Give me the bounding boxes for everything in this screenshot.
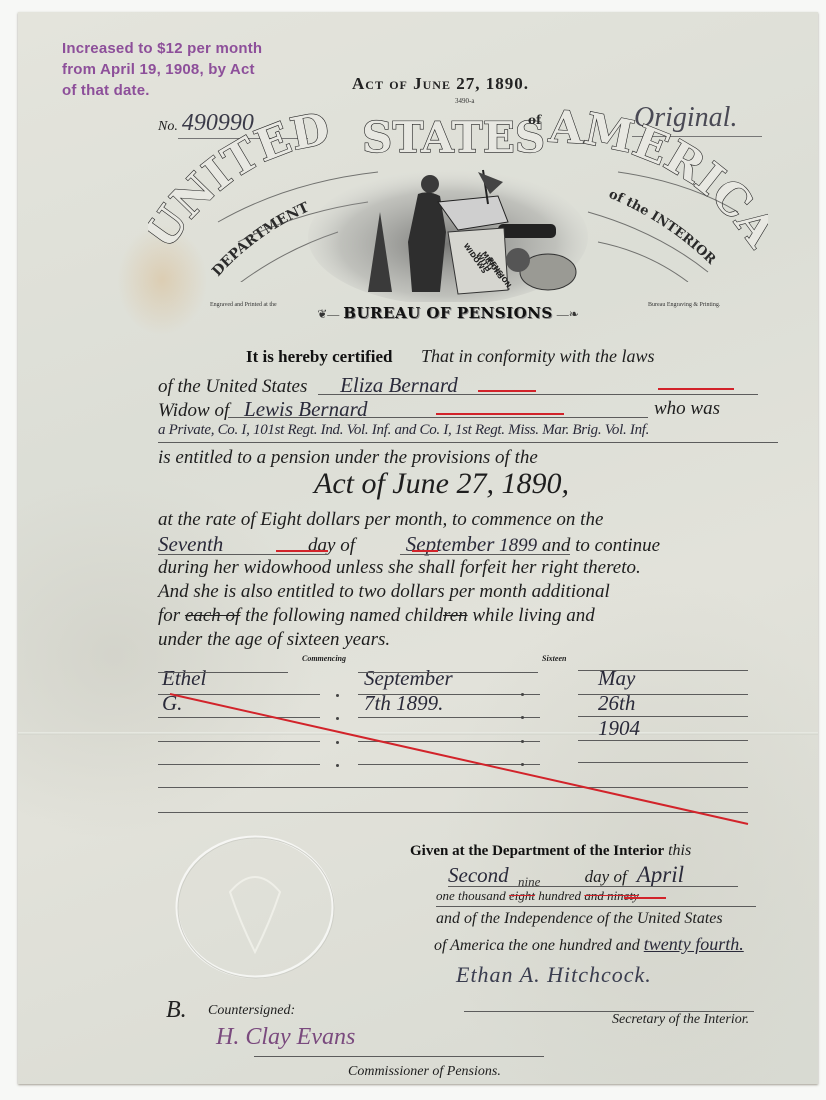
commence-year: 1899 xyxy=(499,535,537,556)
while-living-text: while living and xyxy=(472,605,594,626)
act-heading: Act of June 27, 1890. xyxy=(352,74,529,94)
commence-day: Seventh xyxy=(158,532,223,556)
given-day: Second xyxy=(448,863,509,887)
children-line: for each of the following named children… xyxy=(158,605,595,627)
united-states-text: of the United States xyxy=(158,376,307,397)
bureau-of-pensions: BUREAU OF PENSIONS xyxy=(343,304,552,322)
col-commencing: Commencing xyxy=(302,654,346,663)
widow-of-label: Widow of xyxy=(158,400,229,421)
clerk-mark: B. xyxy=(166,997,187,1024)
independence-line-2: of America the one hundred and twenty fo… xyxy=(434,934,744,955)
day-of-label: day of xyxy=(308,535,355,556)
svg-text:UNITED: UNITED xyxy=(148,103,334,258)
service-record: a Private, Co. I, 101st Regt. Ind. Vol. … xyxy=(158,422,649,439)
struck-ren: ren xyxy=(443,605,468,626)
given-day-of: day of xyxy=(585,867,627,886)
given-year-line: one thousand eight hundred and ninety xyxy=(436,888,639,904)
year-struck-eight: eight xyxy=(509,888,535,903)
bureau-banner: ❦— BUREAU OF PENSIONS —❧ xyxy=(308,304,588,323)
who-was-text: who was xyxy=(654,398,720,420)
vignette-columbia: WIDOWS WITH MINORS PENSION. xyxy=(308,162,588,302)
commissioner-title: Commissioner of Pensions. xyxy=(348,1064,501,1080)
stamp-line-3: of that date. xyxy=(62,80,262,101)
entitled-line: is entitled to a pension under the provi… xyxy=(158,447,538,469)
ornament-left-icon: ❦— xyxy=(317,307,339,321)
engraved-credit-right: Bureau Engraving & Printing. xyxy=(648,302,720,308)
additional-line: And she is also entitled to two dollars … xyxy=(158,581,610,603)
embossed-seal xyxy=(170,832,340,982)
svg-text:DEPARTMENT: DEPARTMENT xyxy=(209,199,312,279)
stamp-line-2: from April 19, 1908, by Act xyxy=(62,59,262,80)
independence-line: and of the Independence of the United St… xyxy=(436,910,723,928)
act-script-title: Act of June 27, 1890, xyxy=(314,467,569,501)
for-text: for xyxy=(158,605,180,626)
independence-year: twenty fourth. xyxy=(644,934,744,954)
widow-of-line: Widow of Lewis Bernard xyxy=(158,397,368,422)
conformity-text: That in conformity with the laws xyxy=(421,346,655,366)
certified-heading: It is hereby certified xyxy=(246,347,393,366)
certified-line: It is hereby certified That in conformit… xyxy=(246,346,655,367)
strike-through-line xyxy=(168,692,758,832)
pension-certificate: Increased to $12 per month from April 19… xyxy=(18,12,818,1084)
given-date-line: Second day of April xyxy=(448,862,684,888)
widowhood-line: during her widowhood unless she shall fo… xyxy=(158,557,641,579)
engraved-credit-left: Engraved and Printed at the xyxy=(210,302,277,308)
increase-stamp: Increased to $12 per month from April 19… xyxy=(62,38,262,101)
col-sixteen: Sixteen xyxy=(542,654,566,663)
commissioner-signature: H. Clay Evans xyxy=(216,1024,355,1051)
continue-text: and to continue xyxy=(542,535,660,556)
given-at-department: Given at the Department of the Interior xyxy=(410,843,664,859)
struck-each-of: each of xyxy=(185,605,240,626)
stamp-line-1: Increased to $12 per month xyxy=(62,38,262,59)
given-month: April xyxy=(637,862,684,887)
title-of: of xyxy=(528,113,542,127)
one-thousand: one thousand xyxy=(436,888,506,903)
commence-month: September xyxy=(406,532,495,556)
title-states: STATES xyxy=(362,113,545,162)
age-line: under the age of sixteen years. xyxy=(158,629,390,651)
title-united: UNITED xyxy=(148,103,334,258)
rate-line: at the rate of Eight dollars per month, … xyxy=(158,509,603,531)
given-heading: Given at the Department of the Interior … xyxy=(410,842,691,860)
secretary-signature: Ethan A. Hitchcock. xyxy=(456,962,652,988)
year-struck-ninety: and ninety xyxy=(584,888,639,903)
named-child-text: the following named child xyxy=(245,605,443,626)
department-label: DEPARTMENT xyxy=(209,199,312,279)
countersigned-label: Countersigned: xyxy=(208,1003,295,1019)
hundred-text: hundred xyxy=(538,888,581,903)
this-text: this xyxy=(668,842,691,859)
ornament-right-icon: —❧ xyxy=(557,307,579,321)
one-hundred-and: of America the one hundred and xyxy=(434,937,640,954)
secretary-title: Secretary of the Interior. xyxy=(612,1012,749,1028)
